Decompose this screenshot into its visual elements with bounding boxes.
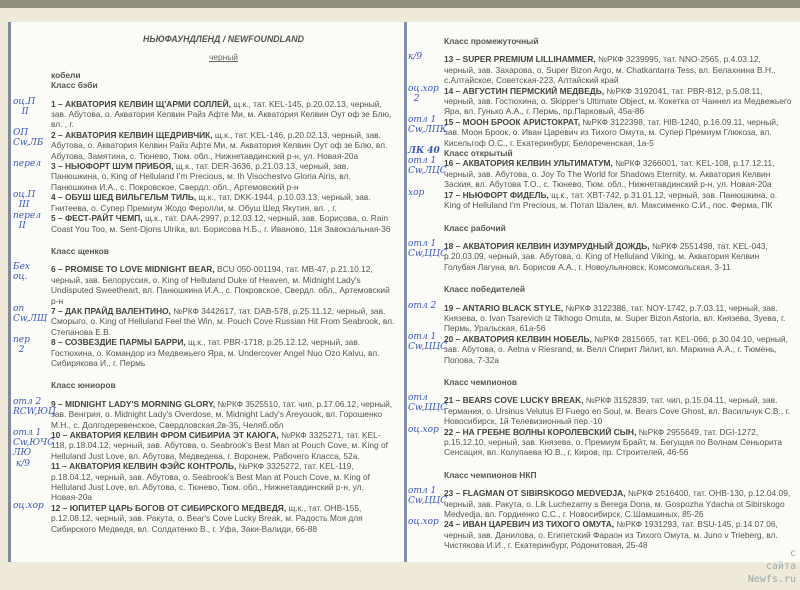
handwritten-note: отл Сw,ЦЦС [408, 393, 444, 413]
dog-name: 2 – АКВАТОРИЯ КЕЛВИН ЩЕДРИВЧИК, [51, 130, 213, 140]
dog-name: 11 – АКВАТОРИЯ КЕЛВИН ФЭЙС КОНТРОЛЬ, [51, 461, 236, 471]
class-heading: Класс промежуточный [444, 36, 792, 46]
handwritten-note: пер 2 [13, 335, 49, 355]
scan-top-band [0, 0, 800, 8]
dog-name: 3 – НЬЮФОРТ ШУМ ПРИБОЯ, [51, 161, 174, 171]
handwritten-note: отл 1 Сw,ЦЦС [408, 486, 444, 506]
catalog-entry: отл Сw,ЦЦС21 – BEARS COVE LUCKY BREAK, №… [444, 395, 792, 426]
catalog-entry: отл 1 Сw,ЦЦС18 – АКВАТОРИЯ КЕЛВИН ИЗУМРУ… [444, 241, 792, 272]
catalog-entry: оц.П II1 – АКВАТОРИЯ КЕЛВИН Щ'АРМИ СОЛЛЕ… [51, 99, 396, 130]
handwritten-note: хор [408, 188, 444, 198]
catalog-entry: отл 1 Сw,ЦЦС20 – АКВАТОРИЯ КЕЛВИН НОБЕЛЬ… [444, 334, 792, 365]
catalog-entry: ОП Cw,ЛБ2 – АКВАТОРИЯ КЕЛВИН ЩЕДРИВЧИК, … [51, 130, 396, 161]
class-heading: Класс чемпионов [444, 377, 792, 387]
dog-name: 8 – СОЗВЕЗДИЕ ПАРМЫ БАРРИ, [51, 337, 186, 347]
class-heading: Класс щенков [51, 246, 396, 256]
dog-name: 4 – ОБУШ ШЕД ВИЛЬГЕЛЬМ ТИЛЬ, [51, 192, 196, 202]
catalog-entry: оц.хор22 – НА ГРЕБНЕ ВОЛНЫ КОРОЛЕВСКИЙ С… [444, 427, 792, 458]
right-page: Класс промежуточный к/913 – SUPER PREMIU… [404, 22, 800, 562]
catalog-entry: отл 1 Сw,ЛПК15 – МООН БРООК АРИСТОКРАТ, … [444, 117, 792, 148]
handwritten-note: оц.П III [13, 190, 49, 210]
dog-name: 10 – АКВАТОРИЯ КЕЛВИН ФРОМ СИБИРИА ЭТ КА… [51, 430, 279, 440]
dog-name: 17 – НЬЮФОРТ ФИДЕЛЬ, [444, 190, 549, 200]
catalog-entry: оц.хор 214 – АВГУСТИН ПЕРМСКИЙ МЕДВЕДЬ, … [444, 86, 792, 117]
catalog-entry: оц.хор24 – ИВАН ЦАРЕВИЧ ИЗ ТИХОГО ОМУТА,… [444, 519, 792, 550]
handwritten-note: отл 1 Сw,ЛПК [408, 115, 444, 135]
dog-name: 24 – ИВАН ЦАРЕВИЧ ИЗ ТИХОГО ОМУТА, [444, 519, 614, 529]
dog-name: 18 – АКВАТОРИЯ КЕЛВИН ИЗУМРУДНЫЙ ДОЖДЬ, [444, 241, 650, 251]
handwritten-note: оц.хор 2 [408, 84, 444, 104]
dog-name: 6 – PROMISE TO LOVE MIDNIGHT BEAR, [51, 264, 215, 274]
dog-name: 23 – FLAGMAN OT SIBIRSKOGO MEDVEDJA, [444, 488, 625, 498]
handwritten-note: перел II [13, 211, 49, 231]
dog-name: 19 – ANTARIO BLACK STYLE, [444, 303, 563, 313]
handwritten-note: отл 1 Сw,ЛЦС [408, 156, 444, 176]
watermark-line: с [748, 547, 796, 560]
right-page-content: Класс промежуточный к/913 – SUPER PREMIU… [444, 30, 792, 551]
catalog-entry: отл 1 Сw,ЦЦС23 – FLAGMAN OT SIBIRSKOGO M… [444, 488, 792, 519]
left-page-content: НЬЮФАУНДЛЕНД / NEWFOUNDLAND черный кобел… [51, 30, 396, 534]
handwritten-note: оп Сw,ЛЩ [13, 304, 49, 324]
class-heading: Класс рабочий [444, 223, 792, 233]
handwritten-note: отл 2 [408, 301, 444, 311]
handwritten-note: к/9 [408, 52, 444, 62]
dog-name: 21 – BEARS COVE LUCKY BREAK, [444, 395, 583, 405]
handwritten-note: отл 2 RCW,ЮЦ [13, 397, 49, 417]
sex-heading: кобели [51, 70, 396, 80]
handwritten-note: оц.хор [408, 425, 444, 435]
catalog-entry: пер 28 – СОЗВЕЗДИЕ ПАРМЫ БАРРИ, щ.к., та… [51, 337, 396, 368]
catalog-entry: Бех оц.6 – PROMISE TO LOVE MIDNIGHT BEAR… [51, 264, 396, 306]
handwritten-note: отл 1 Сw,ЦЦС [408, 239, 444, 259]
handwritten-note: к/9 [13, 459, 49, 469]
handwritten-note: ОП Cw,ЛБ [13, 128, 49, 148]
catalog-entry: отл 2 RCW,ЮЦ9 – MIDNIGHT LADY'S MORNING … [51, 399, 396, 430]
class-heading: ЛК 40Класс открытый [444, 148, 792, 158]
catalog-entry: перел3 – НЬЮФОРТ ШУМ ПРИБОЯ, щ.к., тат. … [51, 161, 396, 192]
dog-name: 14 – АВГУСТИН ПЕРМСКИЙ МЕДВЕДЬ, [444, 86, 604, 96]
catalog-entry: оц.хор12 – ЮПИТЕР ЦАРЬ БОГОВ ОТ СИБИРСКО… [51, 503, 396, 534]
catalog-entry: к/911 – АКВАТОРИЯ КЕЛВИН ФЭЙС КОНТРОЛЬ, … [51, 461, 396, 503]
dog-name: 5 – ФЕСТ-РАЙТ ЧЕМП, [51, 213, 143, 223]
catalog-entry: отл 219 – ANTARIO BLACK STYLE, №РКФ 3122… [444, 303, 792, 334]
class-heading: Класс победителей [444, 284, 792, 294]
handwritten-note: перел [13, 159, 49, 169]
site-watermark: с сайта Newfs.ru [748, 547, 796, 586]
dog-name: 22 – НА ГРЕБНЕ ВОЛНЫ КОРОЛЕВСКИЙ СЫН, [444, 427, 636, 437]
left-page: НЬЮФАУНДЛЕНД / NEWFOUNDLAND черный кобел… [8, 22, 406, 562]
watermark-line: Newfs.ru [748, 573, 796, 586]
color-heading: черный [51, 52, 396, 62]
catalog-entry: хор17 – НЬЮФОРТ ФИДЕЛЬ, щ.к., тат. XBT-7… [444, 190, 792, 211]
class-heading: Класс чемпионов НКП [444, 470, 792, 480]
catalog-entry: к/913 – SUPER PREMIUM LILLIHAMMER, №РКФ … [444, 54, 792, 85]
dog-name: 7 – ДАК ПРАЙД ВАЛЕНТИНО, [51, 306, 171, 316]
dog-name: 9 – MIDNIGHT LADY'S MORNING GLORY, [51, 399, 215, 409]
handwritten-note: оц.хор [13, 501, 49, 511]
dog-name: 1 – АКВАТОРИЯ КЕЛВИН Щ'АРМИ СОЛЛЕЙ, [51, 99, 231, 109]
catalog-entry: перел II5 – ФЕСТ-РАЙТ ЧЕМП, щ.к., тат. D… [51, 213, 396, 234]
watermark-line: сайта [748, 560, 796, 573]
breed-title: НЬЮФАУНДЛЕНД / NEWFOUNDLAND [51, 34, 396, 44]
catalog-entry: отл 1 Сw,ЛЦС16 – АКВАТОРИЯ КЕЛВИН УЛЬТИМ… [444, 158, 792, 189]
handwritten-note: ЛК 40 [408, 146, 444, 156]
catalog-entry: отл 1 Cw,ЮЧС ЛЮ10 – АКВАТОРИЯ КЕЛВИН ФРО… [51, 430, 396, 461]
handwritten-note: оц.хор [408, 517, 444, 527]
catalog-entry: оц.П III4 – ОБУШ ШЕД ВИЛЬГЕЛЬМ ТИЛЬ, щ.к… [51, 192, 396, 213]
dog-name: 16 – АКВАТОРИЯ КЕЛВИН УЛЬТИМАТУМ, [444, 158, 613, 168]
handwritten-note: Бех оц. [13, 262, 49, 282]
handwritten-note: оц.П II [13, 97, 49, 117]
catalog-entry: оп Сw,ЛЩ7 – ДАК ПРАЙД ВАЛЕНТИНО, №РКФ 34… [51, 306, 396, 337]
dog-name: 15 – МООН БРООК АРИСТОКРАТ, [444, 117, 580, 127]
class-heading: Класс юниоров [51, 380, 396, 390]
dog-name: 13 – SUPER PREMIUM LILLIHAMMER, [444, 54, 596, 64]
class-heading: Класс бэби [51, 80, 396, 90]
dog-name: 20 – АКВАТОРИЯ КЕЛВИН НОБЕЛЬ, [444, 334, 592, 344]
handwritten-note: отл 1 Сw,ЦЦС [408, 332, 444, 352]
dog-name: 12 – ЮПИТЕР ЦАРЬ БОГОВ ОТ СИБИРСКОГО МЕД… [51, 503, 286, 513]
class-heading-label: Класс открытый [444, 148, 513, 158]
handwritten-note: отл 1 Cw,ЮЧС ЛЮ [13, 428, 49, 458]
